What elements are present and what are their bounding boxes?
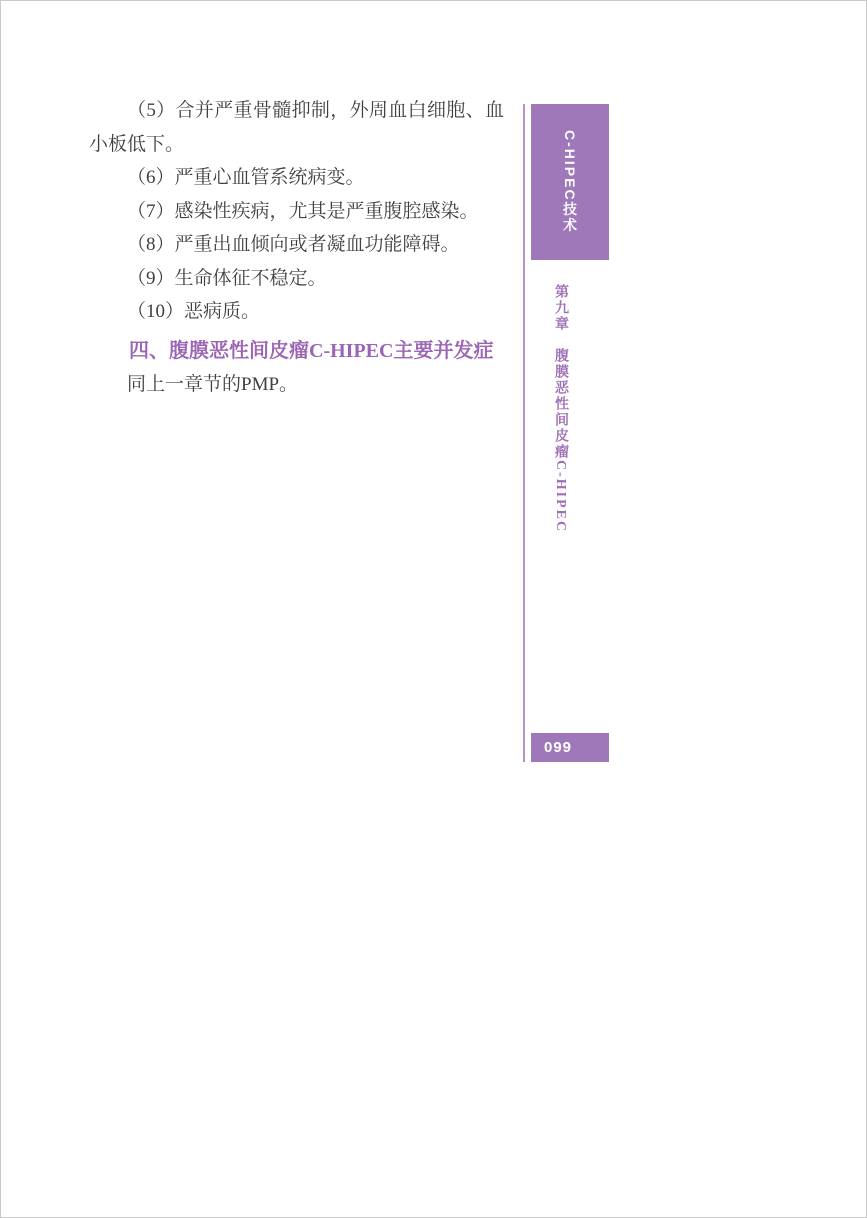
book-title-text: C-HIPEC技术	[560, 130, 580, 234]
list-item: （9）生命体征不稳定。	[89, 262, 504, 296]
section-heading: 四、腹膜恶性间皮瘤C-HIPEC主要并发症	[89, 335, 504, 369]
list-item: （10）恶病质。	[89, 295, 504, 329]
book-title-banner: C-HIPEC技术	[531, 104, 609, 260]
list-item: （7）感染性疾病，尤其是严重腹腔感染。	[89, 195, 504, 229]
body-paragraph: 同上一章节的PMP。	[89, 368, 504, 402]
list-item: （8）严重出血倾向或者凝血功能障碍。	[89, 228, 504, 262]
main-text-column: （5）合并严重骨髓抑制，外周血白细胞、血小板低下。 （6）严重心血管系统病变。 …	[89, 94, 504, 402]
list-item: （5）合并严重骨髓抑制，外周血白细胞、血小板低下。	[89, 94, 504, 161]
page-number-text: 099	[531, 739, 572, 756]
page-number-badge: 099	[531, 733, 609, 762]
sidebar-divider-line	[523, 104, 525, 762]
chapter-label: 第九章 腹膜恶性间皮瘤C-HIPEC	[550, 284, 570, 714]
list-item: （6）严重心血管系统病变。	[89, 161, 504, 195]
book-page: （5）合并严重骨髓抑制，外周血白细胞、血小板低下。 （6）严重心血管系统病变。 …	[0, 0, 867, 1218]
